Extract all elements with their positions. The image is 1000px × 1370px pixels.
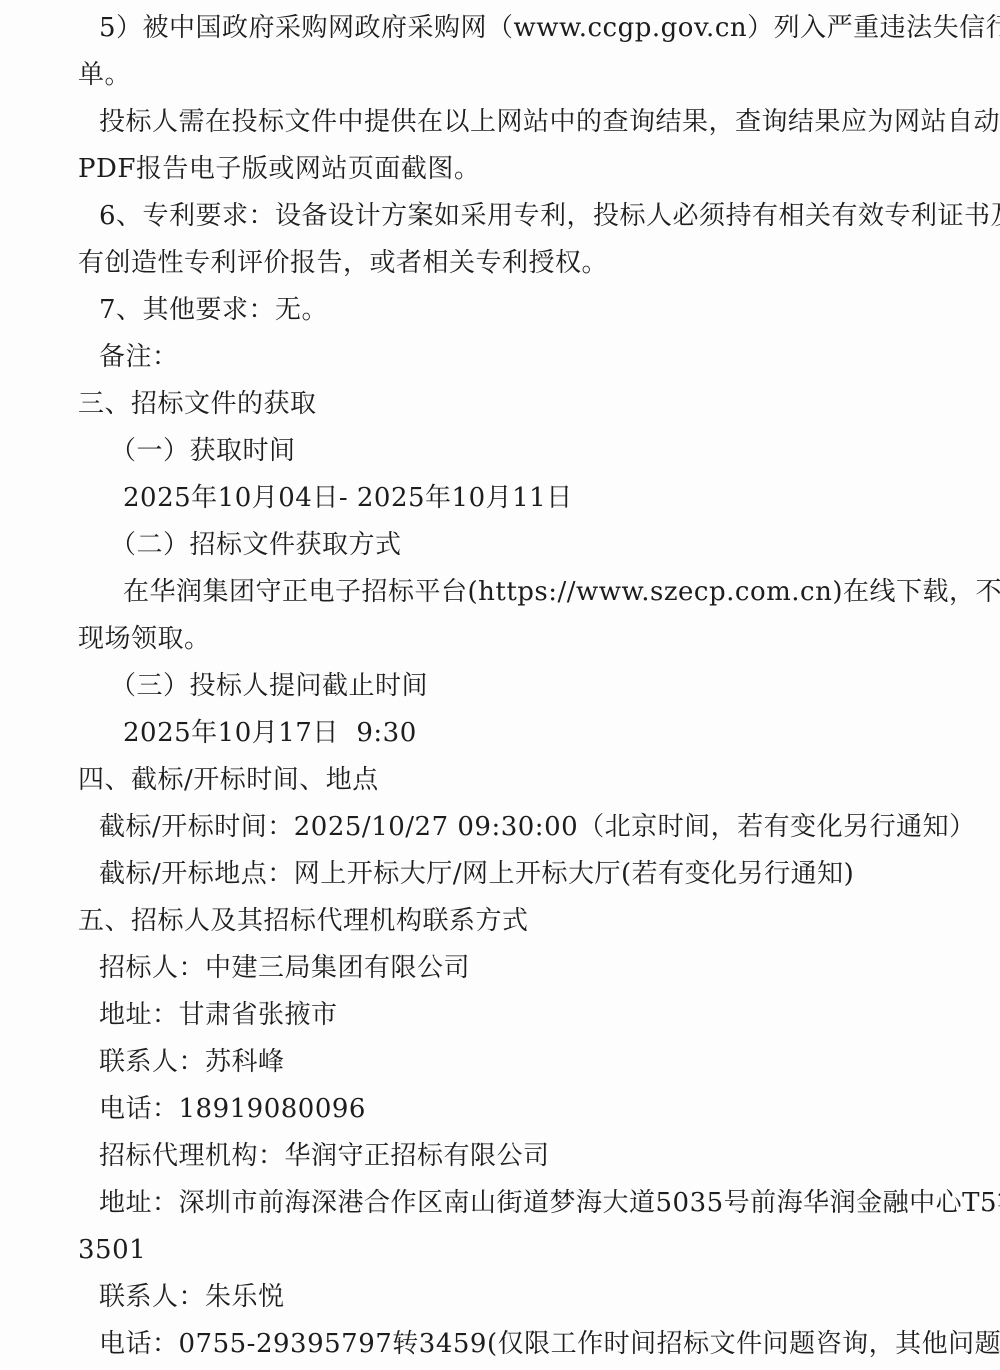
agency-contact: 联系人：朱乐悦 bbox=[78, 1274, 940, 1321]
remarks-label: 备注： bbox=[78, 334, 940, 381]
clause-5-line-2: 单。 bbox=[78, 52, 940, 99]
clause-6-line-2: 有创造性专利评价报告，或者相关专利授权。 bbox=[78, 240, 940, 287]
bid-deadline-location: 截标/开标地点：网上开标大厅/网上开标大厅(若有变化另行通知) bbox=[78, 851, 940, 898]
tenderer-contact: 联系人：苏科峰 bbox=[78, 1039, 940, 1086]
acquisition-method-line-2: 现场领取。 bbox=[78, 616, 940, 663]
acquisition-period: 2025年10月04日- 2025年10月11日 bbox=[78, 475, 940, 522]
agency-address-line-2: 3501 bbox=[78, 1227, 940, 1274]
clause-7: 7、其他要求：无。 bbox=[78, 287, 940, 334]
clause-6-line-1: 6、专利要求：设备设计方案如采用专利，投标人必须持有相关有效专利证书及其具 bbox=[78, 193, 940, 240]
query-note-line-2: PDF报告电子版或网站页面截图。 bbox=[78, 146, 940, 193]
section-5-heading: 五、招标人及其招标代理机构联系方式 bbox=[78, 898, 940, 945]
bid-deadline-time: 截标/开标时间：2025/10/27 09:30:00（北京时间，若有变化另行通… bbox=[78, 804, 940, 851]
section-4-heading: 四、截标/开标时间、地点 bbox=[78, 757, 940, 804]
section-3-item-3-heading: （三）投标人提问截止时间 bbox=[78, 663, 940, 710]
agency-name: 招标代理机构：华润守正招标有限公司 bbox=[78, 1133, 940, 1180]
query-note-line-1: 投标人需在投标文件中提供在以上网站中的查询结果，查询结果应为网站自动生成的 bbox=[78, 99, 940, 146]
agency-address-line-1: 地址：深圳市前海深港合作区南山街道梦海大道5035号前海华润金融中心T5写字楼 bbox=[78, 1180, 940, 1227]
section-3-item-2-heading: （二）招标文件获取方式 bbox=[78, 522, 940, 569]
tenderer-address: 地址：甘肃省张掖市 bbox=[78, 992, 940, 1039]
tenderer-phone: 电话：18919080096 bbox=[78, 1086, 940, 1133]
tender-notice-document: 5）被中国政府采购网政府采购网（www.ccgp.gov.cn）列入严重违法失信… bbox=[0, 0, 1000, 1370]
question-deadline: 2025年10月17日 9:30 bbox=[78, 710, 940, 757]
section-3-item-1-heading: （一）获取时间 bbox=[78, 428, 940, 475]
section-3-heading: 三、招标文件的获取 bbox=[78, 381, 940, 428]
agency-phone-line-1: 电话：0755-29395797转3459(仅限工作时间招标文件问题咨询，其他问… bbox=[78, 1321, 940, 1368]
tenderer-name: 招标人：中建三局集团有限公司 bbox=[78, 945, 940, 992]
acquisition-method-line-1: 在华润集团守正电子招标平台(https://www.szecp.com.cn)在… bbox=[78, 569, 940, 616]
clause-5-line-1: 5）被中国政府采购网政府采购网（www.ccgp.gov.cn）列入严重违法失信… bbox=[78, 5, 940, 52]
